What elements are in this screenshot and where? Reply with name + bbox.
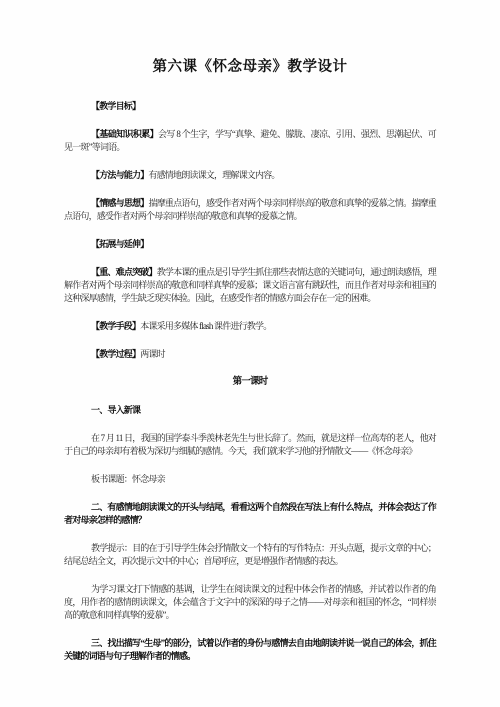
paragraph-lead: 【教学过程】 bbox=[91, 349, 140, 359]
paragraph-text: 为学习课文打下情感的基调，让学生在阅读课文的过程中体会作者的情感，并试着以作者的… bbox=[64, 584, 436, 620]
paragraph: 【教学过程】两课时 bbox=[64, 348, 436, 361]
paragraph-lead: 【情感与思想】 bbox=[91, 198, 149, 208]
paragraph-lead: 【教学目标】 bbox=[91, 101, 140, 111]
paragraph-text: 板书课题：怀念母亲 bbox=[91, 474, 165, 484]
paragraph: 【情感与思想】揣摩重点语句，感受作者对两个母亲同样崇高的敬意和真挚的爱慕之情。揣… bbox=[64, 197, 436, 223]
paragraph-text: 一、导入新课 bbox=[91, 405, 140, 415]
paragraph: 【方法与能力】有感情地朗读课文，理解课文内容。 bbox=[64, 169, 436, 182]
paragraph-text: 第一课时 bbox=[233, 377, 268, 387]
page-title: 第六课《怀念母亲》教学设计 bbox=[64, 57, 436, 77]
document-body: 【教学目标】【基础知识积累】会写 8 个生字，学写“真挚、避免、朦胧、凄凉、引用… bbox=[64, 100, 436, 663]
paragraph-lead: 【基础知识积累】 bbox=[91, 129, 158, 139]
paragraph-lead: 【重、难点突破】 bbox=[91, 267, 157, 277]
paragraph: 一、导入新课 bbox=[64, 404, 436, 417]
paragraph-text: 在 7 月 11 日，我国的国学泰斗季羡林老先生与世长辞了。然而，就是这样一位高… bbox=[64, 433, 436, 456]
paragraph: 【教学目标】 bbox=[64, 100, 436, 113]
paragraph: 第一课时 bbox=[64, 376, 436, 389]
paragraph-lead: 【教学手段】 bbox=[91, 321, 140, 331]
paragraph: 教学提示：目的在于引导学生体会抒情散文一个特有的写作特点：开头点题，提示文章的中… bbox=[64, 542, 436, 568]
paragraph-lead: 【拓展与延伸】 bbox=[91, 239, 148, 249]
paragraph: 三、找出描写“生母”的部分，试着以作者的身份与感情去自由地朗读并说一说自己的体会… bbox=[64, 637, 436, 663]
document-page: 第六课《怀念母亲》教学设计 【教学目标】【基础知识积累】会写 8 个生字，学写“… bbox=[0, 0, 500, 707]
paragraph-text: 两课时 bbox=[140, 349, 165, 359]
paragraph: 【重、难点突破】教学本课的重点是引导学生抓住那些表情达意的关键词句，通过朗读感悟… bbox=[64, 266, 436, 305]
paragraph: 【拓展与延伸】 bbox=[64, 238, 436, 251]
paragraph-text: 有感情地朗读课文，理解课文内容。 bbox=[148, 170, 279, 180]
paragraph-text: 三、找出描写“生母”的部分，试着以作者的身份与感情去自由地朗读并说一说自己的体会… bbox=[64, 638, 436, 661]
paragraph: 为学习课文打下情感的基调，让学生在阅读课文的过程中体会作者的情感，并试着以作者的… bbox=[64, 583, 436, 622]
paragraph: 【基础知识积累】会写 8 个生字，学写“真挚、避免、朦胧、凄凉、引用、强烈、思潮… bbox=[64, 128, 436, 154]
paragraph: 板书课题：怀念母亲 bbox=[64, 473, 436, 486]
paragraph: 二、有感情地朗读课文的开头与结尾，看看这两个自然段在写法上有什么特点，并体会表达… bbox=[64, 501, 436, 527]
paragraph-lead: 【方法与能力】 bbox=[91, 170, 148, 180]
paragraph-text: 二、有感情地朗读课文的开头与结尾，看看这两个自然段在写法上有什么特点，并体会表达… bbox=[64, 502, 436, 525]
paragraph: 在 7 月 11 日，我国的国学泰斗季羡林老先生与世长辞了。然而，就是这样一位高… bbox=[64, 432, 436, 458]
paragraph-text: 教学提示：目的在于引导学生体会抒情散文一个特有的写作特点：开头点题，提示文章的中… bbox=[64, 543, 436, 566]
paragraph: 【教学手段】本课采用多媒体 flash 课件进行教学。 bbox=[64, 320, 436, 333]
paragraph-text: 本课采用多媒体 flash 课件进行教学。 bbox=[140, 321, 271, 331]
